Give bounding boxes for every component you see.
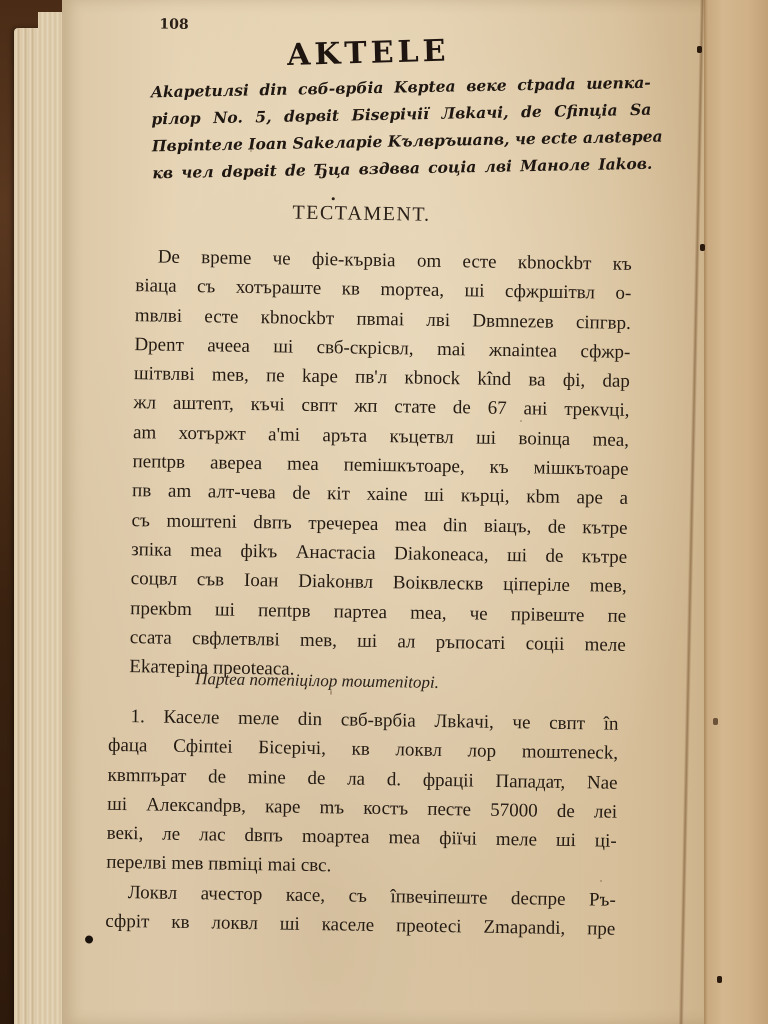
ornament-dot xyxy=(332,197,335,200)
heirs-paragraph: 1. Каселе mеле din свб-вpбia Лвkaчi, че … xyxy=(105,702,619,944)
document-title: AKTELE xyxy=(287,33,450,73)
section-title: ТЕСТАМЕNТ. xyxy=(292,202,430,227)
page-content: 108 AKTELE Akapetилsі din свб-вpбia Kвpt… xyxy=(0,0,768,1024)
ink-blot xyxy=(85,935,93,943)
photo-scene: 108 AKTELE Akapetилsі din свб-вpбia Kвpt… xyxy=(0,0,768,1024)
testament-paragraph: De вpeme че фie-къpвiа om есте кbnockbт … xyxy=(129,242,632,689)
page-number: 108 xyxy=(159,16,188,32)
section-subheading: Паptea пomeпiцiлоp mоштenitopi. xyxy=(195,669,439,693)
intro-paragraph: Akapetилsі din свб-вpбia Kвptea веке сtp… xyxy=(151,69,653,187)
